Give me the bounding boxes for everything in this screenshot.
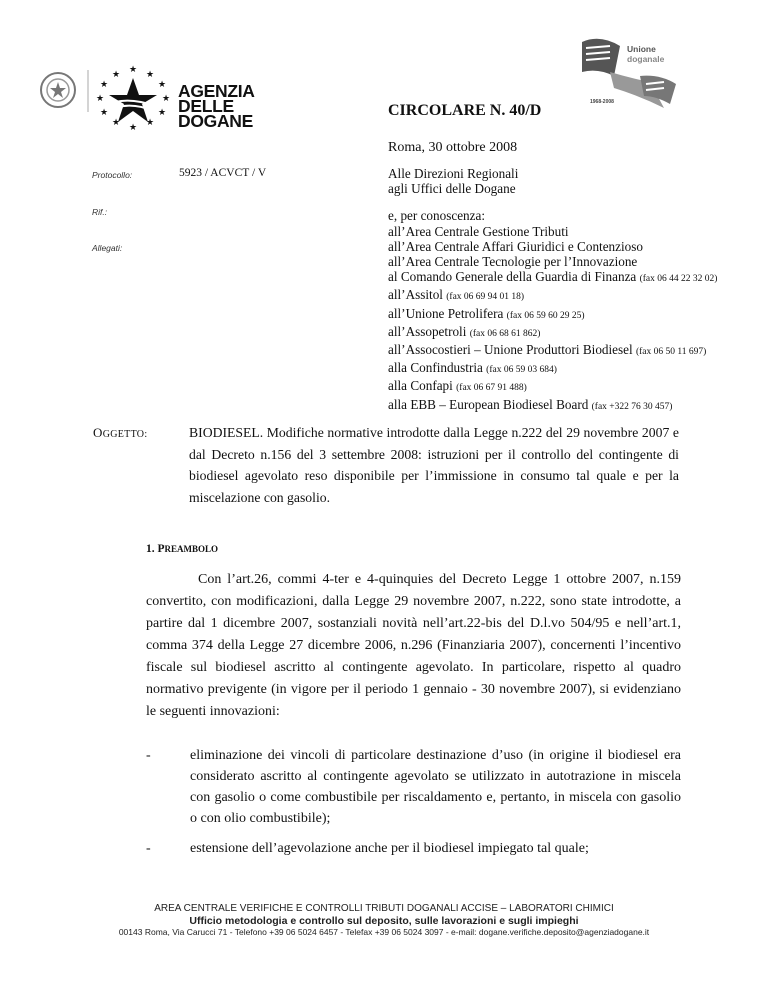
cc-recipient: all’Area Centrale Tecnologie per l’Innov… (388, 254, 728, 269)
cc-recipient: alla EBB – European Biodiesel Board (fax… (388, 397, 728, 415)
bullet-list: - eliminazione dei vincoli di particolar… (146, 745, 681, 868)
fax-number: (fax 06 44 22 32 02) (640, 274, 718, 284)
rif-label: Rif.: (92, 207, 107, 217)
cc-recipient: all’Assocostieri – Unione Produttori Bio… (388, 342, 728, 360)
svg-text:★: ★ (158, 108, 166, 118)
cc-recipient: alla Confapi (fax 06 67 91 488) (388, 378, 728, 396)
dash-marker: - (146, 838, 190, 859)
oggetto-label: OGGETTO: (93, 425, 147, 441)
unione-doganale-wordmark: Unione doganale (627, 44, 664, 64)
svg-text:★: ★ (100, 80, 108, 90)
svg-text:★: ★ (112, 118, 120, 128)
unione-line-2: doganale (627, 54, 664, 64)
recipients-block: Alle Direzioni Regionali agli Uffici del… (388, 166, 728, 415)
oggetto-text: BIODIESEL. Modifiche normative introdott… (189, 422, 679, 508)
allegati-label: Allegati: (92, 243, 122, 253)
page-footer: AREA CENTRALE VERIFICHE E CONTROLLI TRIB… (0, 903, 768, 938)
fax-number: (fax 06 59 60 29 25) (507, 311, 585, 321)
section-body: Con l’art.26, commi 4-ter e 4-quinquies … (146, 569, 681, 723)
agency-name: AGENZIA DELLE DOGANE (178, 84, 255, 129)
bullet-item: - estensione dell’agevolazione anche per… (146, 838, 681, 859)
fax-number: (fax 06 69 94 01 18) (446, 292, 524, 302)
protocollo-value: 5923 / ACVCT / V (179, 167, 266, 179)
svg-text:★: ★ (146, 70, 154, 80)
agency-name-line-3: DOGANE (178, 114, 255, 129)
cc-recipient: all’Area Centrale Affari Giuridici e Con… (388, 239, 728, 254)
fax-number: (fax 06 59 03 684) (486, 365, 557, 375)
footer-office: Ufficio metodologia e controllo sul depo… (0, 915, 768, 927)
svg-text:★: ★ (146, 118, 154, 128)
svg-text:★: ★ (112, 70, 120, 80)
footer-department: AREA CENTRALE VERIFICHE E CONTROLLI TRIB… (0, 903, 768, 915)
svg-text:★: ★ (100, 108, 108, 118)
fax-number: (fax 06 67 91 488) (456, 383, 527, 393)
cc-recipient: all’Assopetroli (fax 06 68 61 862) (388, 324, 728, 342)
cc-recipient: alla Confindustria (fax 06 59 03 684) (388, 360, 728, 378)
protocollo-label: Protocollo: (92, 170, 132, 180)
footer-contacts: 00143 Roma, Via Carucci 71 - Telefono +3… (0, 927, 768, 938)
dash-marker: - (146, 745, 190, 829)
cc-recipient: all’Area Centrale Gestione Tributi (388, 224, 728, 239)
document-title: CIRCOLARE N. 40/D (388, 102, 541, 120)
svg-text:★: ★ (158, 80, 166, 90)
document-date: Roma, 30 ottobre 2008 (388, 140, 517, 156)
cc-recipient: all’Unione Petrolifera (fax 06 59 60 29 … (388, 306, 728, 324)
republic-emblem-icon (41, 73, 75, 107)
star-emblem-icon: ★ ★ ★ ★ ★ ★ ★ ★ ★ ★ ★ ★ (96, 65, 170, 130)
svg-text:★: ★ (96, 94, 104, 104)
recipient-primary: agli Uffici delle Dogane (388, 181, 728, 196)
svg-text:★: ★ (162, 94, 170, 104)
cc-intro: e, per conoscenza: (388, 208, 728, 223)
cc-recipient: al Comando Generale della Guardia di Fin… (388, 269, 728, 287)
recipient-primary: Alle Direzioni Regionali (388, 166, 728, 181)
fax-number: (fax +322 76 30 457) (592, 402, 673, 412)
cc-recipient: all’Assitol (fax 06 69 94 01 18) (388, 287, 728, 305)
paragraph: Con l’art.26, commi 4-ter e 4-quinquies … (146, 569, 681, 723)
svg-text:★: ★ (129, 65, 137, 75)
unione-years: 1968-2008 (590, 99, 614, 105)
unione-line-1: Unione (627, 44, 664, 54)
bullet-item: - eliminazione dei vincoli di particolar… (146, 745, 681, 829)
svg-text:★: ★ (129, 123, 137, 130)
fax-number: (fax 06 68 61 862) (470, 329, 541, 339)
section-heading: 1. PREAMBOLO (146, 543, 218, 555)
fax-number: (fax 06 50 11 697) (636, 347, 706, 357)
